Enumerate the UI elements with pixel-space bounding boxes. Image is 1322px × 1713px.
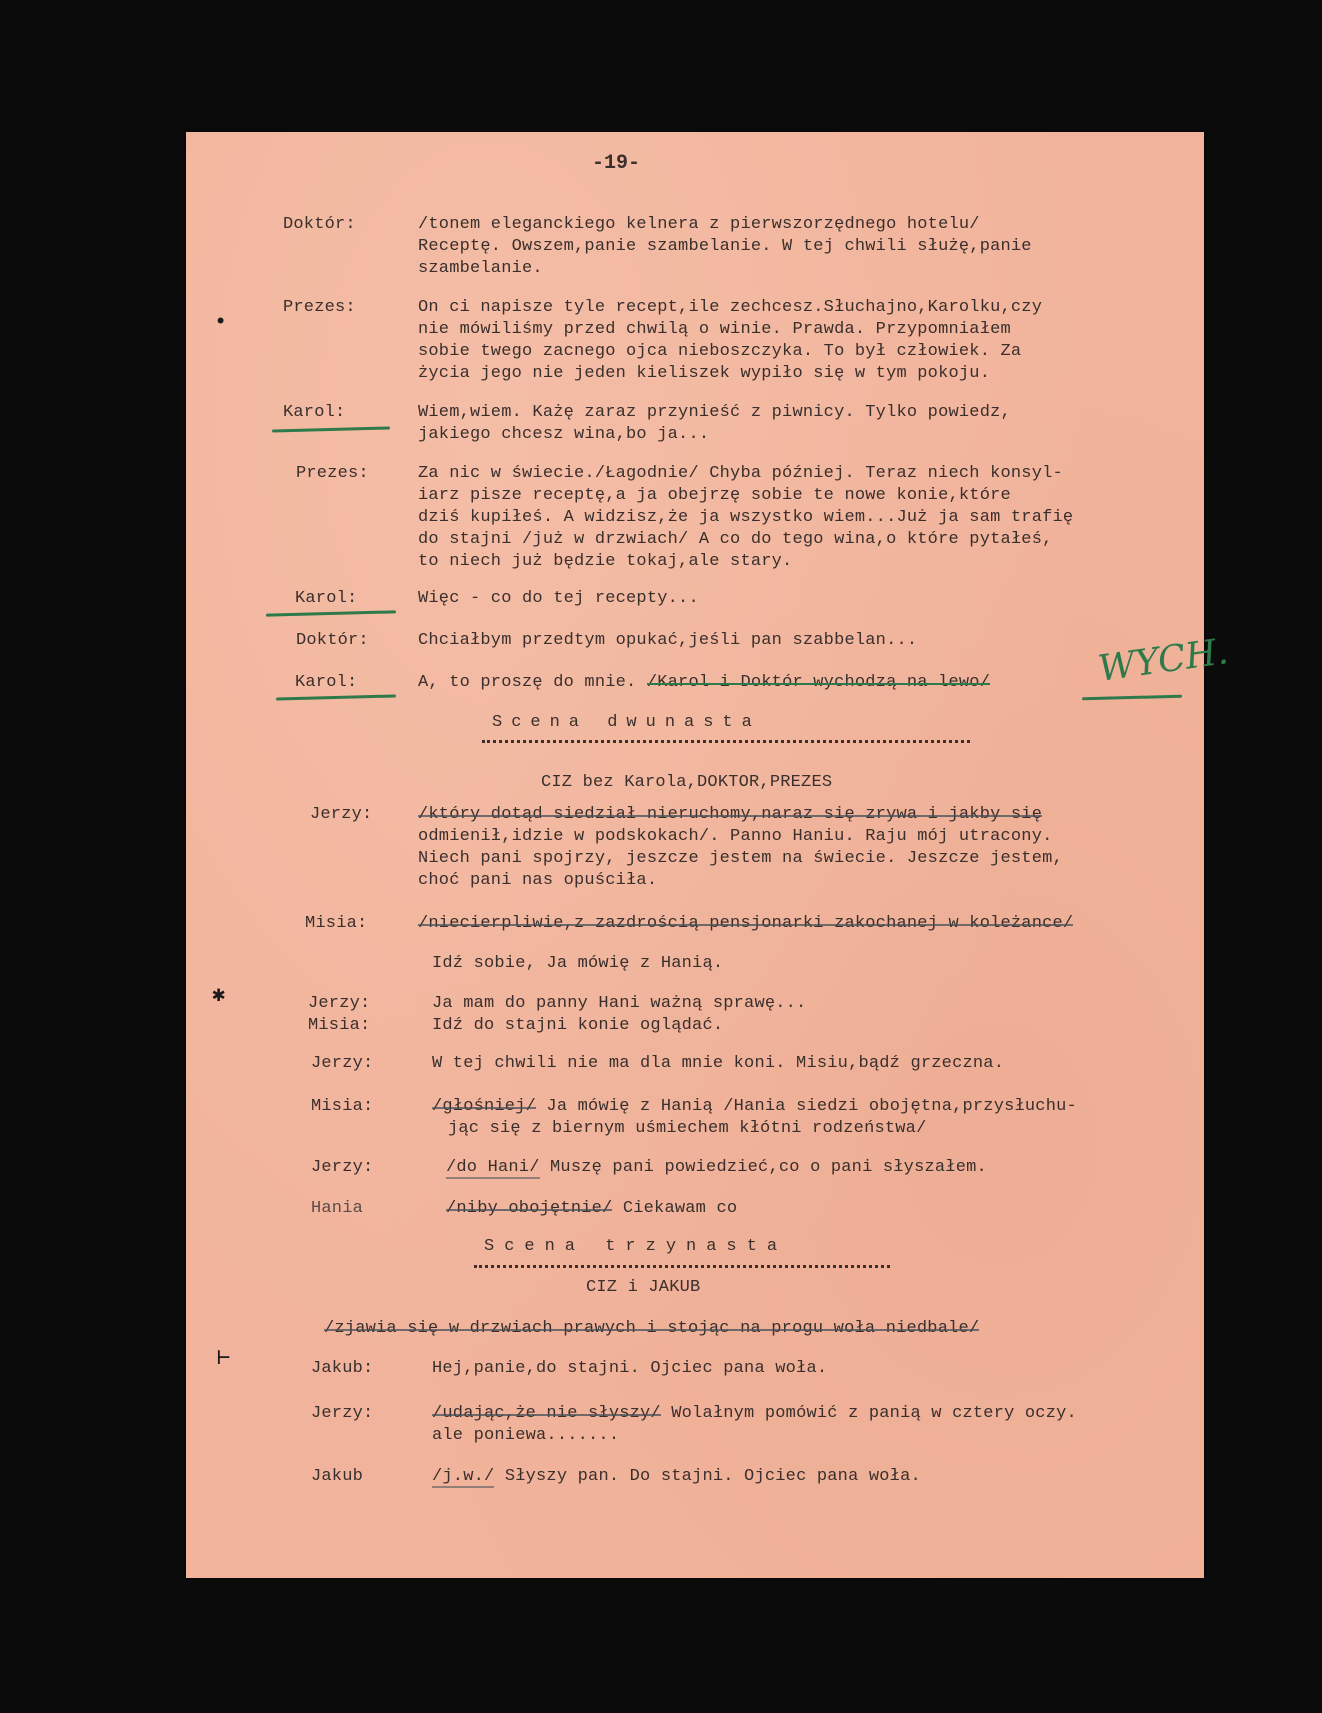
dialogue-line: Chciałbym przedtym opukać,jeśli pan szab…	[418, 630, 917, 652]
scene-cast: CIZ bez Karola,DOKTOR,PREZES	[541, 772, 832, 794]
margin-mark-icon: ✱	[212, 982, 225, 1008]
dialogue-line: sobie twego zacnego ojca nieboszczyka. T…	[418, 341, 1021, 363]
struck-stage-direction: /niecierpliwie,z zazdrością pensjonarki …	[418, 914, 1073, 933]
dialogue-line: /głośniej/ Ja mówię z Hanią /Hania siedz…	[432, 1096, 1077, 1118]
dialogue-line: W tej chwili nie ma dla mnie koni. Misiu…	[432, 1053, 1004, 1075]
dialogue-line: Ja mam do panny Hani ważną sprawę...	[432, 993, 806, 1015]
speaker-label: Misia:	[311, 1096, 373, 1118]
dialogue-line: /niby obojętnie/ Ciekawam co	[446, 1198, 737, 1220]
dialogue-text: Wolałnym pomówić z panią w cztery oczy.	[661, 1404, 1077, 1423]
dialogue-line: /który dotąd siedział nieruchomy,naraz s…	[418, 804, 1042, 826]
dialogue-line: Wiem,wiem. Każę zaraz przynieść z piwnic…	[418, 402, 1011, 424]
struck-stage-direction: /Karol i Doktór wychodzą na lewo/	[647, 673, 990, 692]
speaker-label: Jerzy:	[308, 993, 370, 1015]
dialogue-text: Ja mówię z Hanią /Hania siedzi obojętna,…	[536, 1097, 1077, 1116]
dialogue-line: Idź sobie, Ja mówię z Hanią.	[432, 953, 723, 975]
dialogue-line: Hej,panie,do stajni. Ojciec pana woła.	[432, 1358, 827, 1380]
page-number: -19-	[592, 152, 640, 175]
dialogue-text: Muszę pani powiedzieć,co o pani słyszałe…	[540, 1158, 987, 1177]
speaker-label: Misia:	[308, 1015, 370, 1037]
dialogue-line: odmienił,idzie w podskokach/. Panno Hani…	[418, 826, 1053, 848]
dialogue-line: jakiego chcesz wina,bo ja...	[418, 424, 709, 446]
scene-divider	[474, 1265, 890, 1268]
stage-direction: /zjawia się w drzwiach prawych i stojąc …	[324, 1318, 979, 1340]
dialogue-line: /udając,że nie słyszy/ Wolałnym pomówić …	[432, 1403, 1077, 1425]
underlined-stage-direction: /do Hani/	[446, 1158, 540, 1179]
dialogue-line: /tonem eleganckiego kelnera z pierwszorz…	[418, 214, 980, 236]
speaker-label: Hania	[311, 1198, 363, 1220]
dialogue-line: On ci napisze tyle recept,ile zechcesz.S…	[418, 297, 1042, 319]
speaker-label: Doktór:	[283, 214, 356, 236]
underlined-stage-direction: /j.w./	[432, 1467, 494, 1488]
dialogue-line: Niech pani spojrzy, jeszcze jestem na św…	[418, 848, 1063, 870]
dialogue-line: choć pani nas opuściła.	[418, 870, 657, 892]
speaker-label: Prezes:	[296, 463, 369, 485]
speaker-label: Karol:	[295, 672, 357, 694]
dialogue-line: to niech już będzie tokaj,ale stary.	[418, 551, 792, 573]
scene-divider	[482, 740, 970, 743]
speaker-label: Jerzy:	[311, 1403, 373, 1425]
dialogue-line: nie mówiliśmy przed chwilą o winie. Praw…	[418, 319, 1011, 341]
dialogue-line: Więc - co do tej recepty...	[418, 588, 699, 610]
dialogue-text: A, to proszę do mnie.	[418, 673, 647, 692]
dialogue-line: dziś kupiłeś. A widzisz,że ja wszystko w…	[418, 507, 1073, 529]
speaker-label: Karol:	[295, 588, 357, 610]
speaker-label: Jerzy:	[310, 804, 372, 826]
scene-title: Scena dwunasta	[492, 712, 761, 734]
dialogue-text: Słyszy pan. Do stajni. Ojciec pana woła.	[494, 1467, 920, 1486]
dialogue-line: Idź do stajni konie oglądać.	[432, 1015, 723, 1037]
speaker-label: Misia:	[305, 913, 367, 935]
speaker-label: Jakub:	[311, 1358, 373, 1380]
speaker-label: Doktór:	[296, 630, 369, 652]
dialogue-line: życia jego nie jeden kieliszek wypiło si…	[418, 363, 990, 385]
dialogue-line: /niecierpliwie,z zazdrością pensjonarki …	[418, 913, 1073, 935]
dialogue-line: /do Hani/ Muszę pani powiedzieć,co o pan…	[446, 1157, 987, 1179]
struck-stage-direction: /głośniej/	[432, 1097, 536, 1116]
speaker-label: Prezes:	[283, 297, 356, 319]
struck-stage-direction: /udając,że nie słyszy/	[432, 1404, 661, 1423]
dialogue-line: ale poniewa.......	[432, 1425, 619, 1447]
dialogue-line: szambelanie.	[418, 258, 543, 280]
dialogue-line: jąc się z biernym uśmiechem kłótni rodze…	[448, 1118, 926, 1140]
dialogue-line: /j.w./ Słyszy pan. Do stajni. Ojciec pan…	[432, 1466, 921, 1488]
struck-stage-direction: /niby obojętnie/	[446, 1199, 612, 1218]
dialogue-line: Za nic w świecie./Łagodnie/ Chyba późnie…	[418, 463, 1063, 485]
dialogue-line: A, to proszę do mnie. /Karol i Doktór wy…	[418, 672, 990, 694]
struck-stage-direction: /który dotąd siedział nieruchomy,naraz s…	[418, 805, 1042, 824]
speaker-label: Jerzy:	[311, 1053, 373, 1075]
dialogue-text: Ciekawam co	[612, 1199, 737, 1218]
scene-cast: CIZ i JAKUB	[586, 1277, 700, 1299]
margin-mark-icon: ⊢	[217, 1345, 230, 1371]
speaker-label: Jerzy:	[311, 1157, 373, 1179]
speaker-label: Jakub	[311, 1466, 363, 1488]
dialogue-line: iarz pisze receptę,a ja obejrzę sobie te…	[418, 485, 1011, 507]
dialogue-line: do stajni /już w drzwiach/ A co do tego …	[418, 529, 1053, 551]
dialogue-line: Receptę. Owszem,panie szambelanie. W tej…	[418, 236, 1032, 258]
margin-mark-icon: •	[214, 310, 227, 335]
scene-title: Scena trzynasta	[484, 1236, 787, 1258]
speaker-label: Karol:	[283, 402, 345, 424]
struck-stage-direction: /zjawia się w drzwiach prawych i stojąc …	[324, 1319, 979, 1338]
